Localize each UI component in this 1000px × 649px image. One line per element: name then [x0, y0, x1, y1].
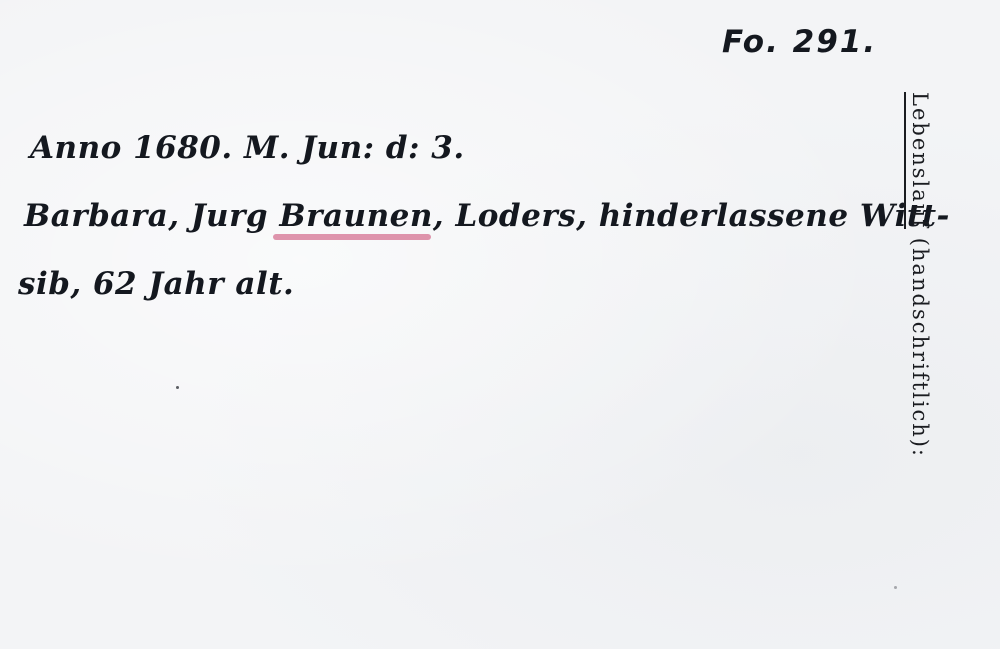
- paper-speck: [176, 386, 179, 389]
- entry-name-prefix: Barbara, Jurg: [24, 198, 279, 234]
- paper-speck: [894, 586, 897, 589]
- label-lebenslauf: Lebenslauf: [904, 92, 932, 229]
- underlined-surname: Braunen: [279, 198, 432, 234]
- entry-name-suffix: , Loders, hinderlassene Witt-: [433, 198, 950, 234]
- printed-field-label: Lebenslauf (handschriftlich):: [892, 92, 932, 462]
- label-handschriftlich: (handschriftlich):: [908, 238, 932, 458]
- index-card: Fo. 291. Anno 1680. M. Jun: d: 3. Barbar…: [0, 0, 1000, 649]
- folio-number: Fo. 291.: [722, 24, 877, 60]
- entry-age-line: sib, 62 Jahr alt.: [18, 266, 294, 302]
- entry-name-line: Barbara, Jurg Braunen, Loders, hinderlas…: [24, 198, 950, 234]
- entry-date-line: Anno 1680. M. Jun: d: 3.: [30, 130, 465, 166]
